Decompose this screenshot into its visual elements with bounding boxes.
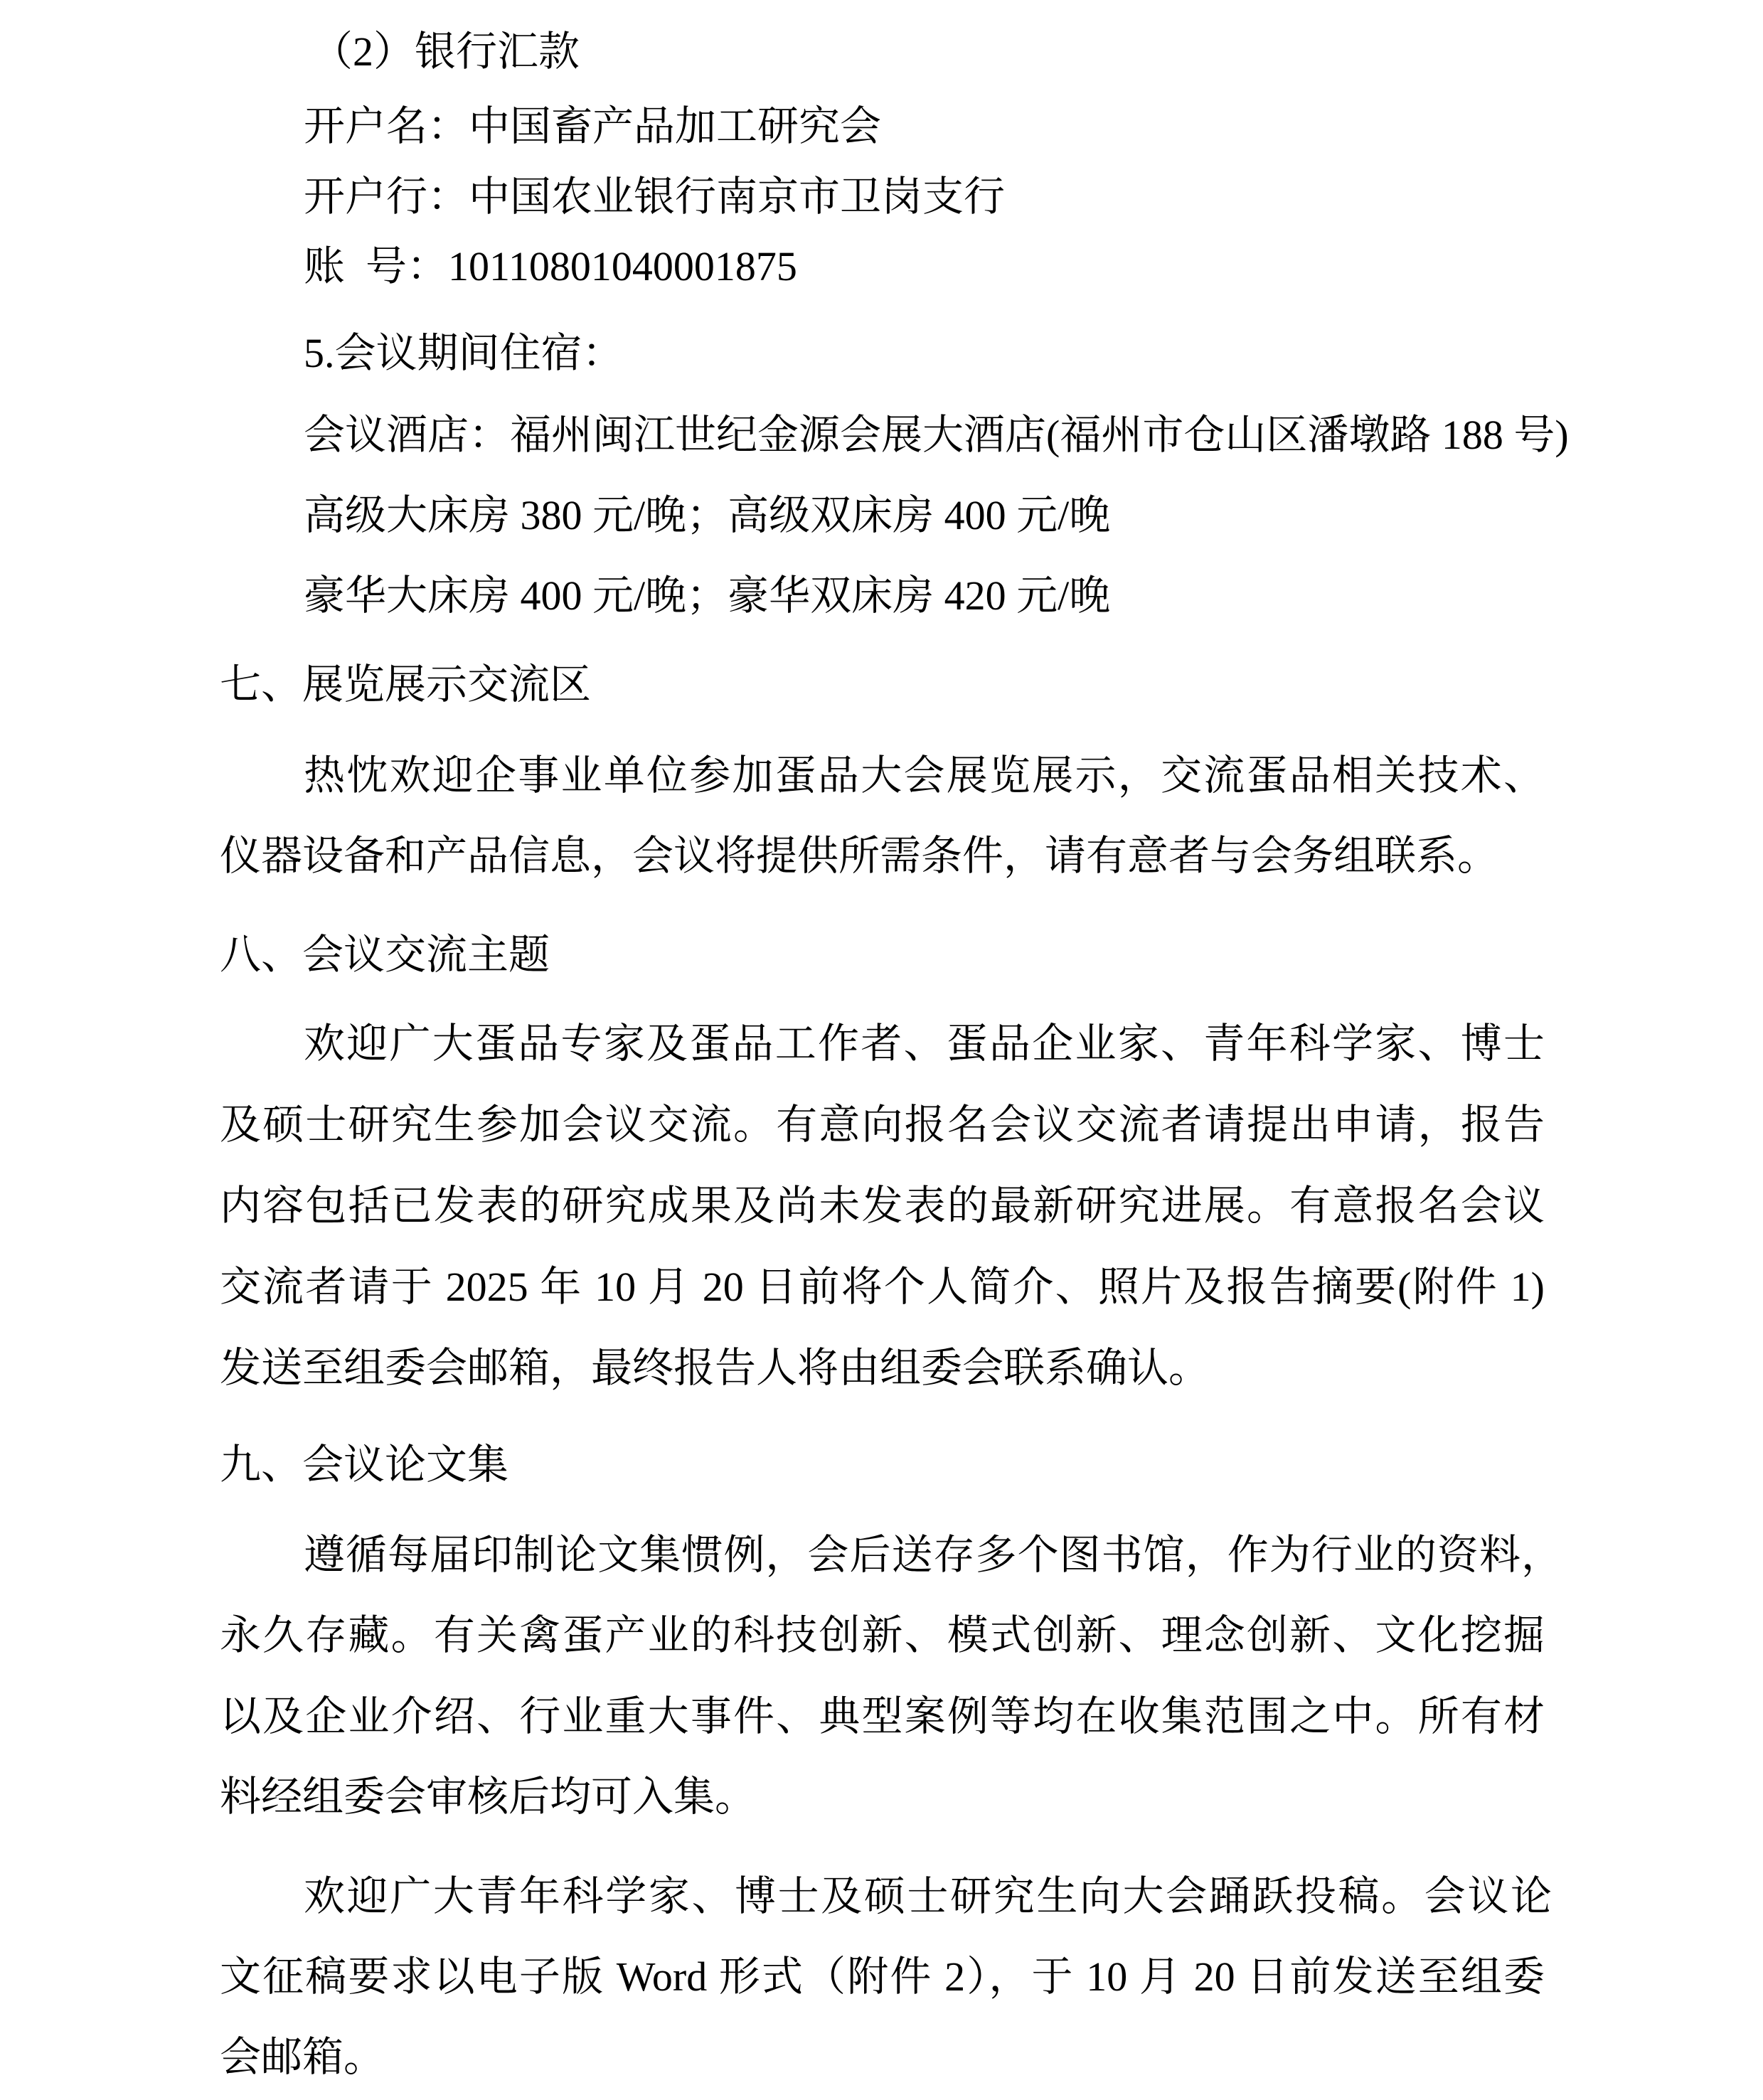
room-rate-line: 高级大床房 380 元/晚；高级双床房 400 元/晚: [304, 475, 1110, 556]
paragraph-line: 欢迎广大蛋品专家及蛋品工作者、蛋品企业家、青年科学家、博士: [304, 1003, 1545, 1084]
paragraph-line: 内容包括已发表的研究成果及尚未发表的最新研究进展。有意报名会议: [220, 1166, 1545, 1247]
paragraph-line: 会邮箱。: [220, 2017, 385, 2098]
paragraph-line: 仪器设备和产品信息，会议将提供所需条件，请有意者与会务组联系。: [220, 816, 1498, 897]
paragraph-line: 交流者请于 2025 年 10 月 20 日前将个人简介、照片及报告摘要(附件 …: [220, 1247, 1545, 1328]
hotel-info: 会议酒店：福州闽江世纪金源会展大酒店(福州市仓山区潘墩路 188 号): [304, 395, 1569, 476]
paragraph-line: 及硕士研究生参加会议交流。有意向报名会议交流者请提出申请，报告: [220, 1084, 1545, 1166]
bank-transfer-title: （2）银行汇款: [311, 11, 580, 92]
paragraph-line: 遵循每届印制论文集惯例，会后送存多个图书馆，作为行业的资料，: [304, 1515, 1562, 1596]
paragraph-line: 文征稿要求以电子版 Word 形式（附件 2），于 10 月 20 日前发送至组…: [220, 1936, 1545, 2018]
bank-name: 开户行：中国农业银行南京市卫岗支行: [304, 156, 1005, 238]
accommodation-title: 5.会议期间住宿：: [304, 313, 624, 394]
paragraph-line: 料经组委会审核后均可入集。: [220, 1757, 756, 1838]
paragraph-line: 热忱欢迎企事业单位参加蛋品大会展览展示，交流蛋品相关技术、: [304, 735, 1545, 816]
paragraph-line: 永久存藏。有关禽蛋产业的科技创新、模式创新、理念创新、文化挖掘: [220, 1595, 1545, 1676]
paragraph-line: 以及企业介绍、行业重大事件、典型案例等均在收集范围之中。所有材: [220, 1676, 1545, 1757]
paragraph-line: 欢迎广大青年科学家、博士及硕士研究生向大会踊跃投稿。会议论: [304, 1856, 1552, 1937]
section-heading-proceedings: 九、会议论文集: [220, 1424, 508, 1505]
section-heading-exhibition: 七、展览展示交流区: [220, 644, 591, 725]
account-name: 开户名：中国畜产品加工研究会: [304, 86, 881, 167]
account-number: 账 号：10110801040001875: [304, 226, 797, 307]
paragraph-line: 发送至组委会邮箱，最终报告人将由组委会联系确认。: [220, 1328, 1210, 1409]
section-heading-topics: 八、会议交流主题: [220, 915, 550, 996]
room-rate-line: 豪华大床房 400 元/晚；豪华双床房 420 元/晚: [304, 555, 1110, 636]
